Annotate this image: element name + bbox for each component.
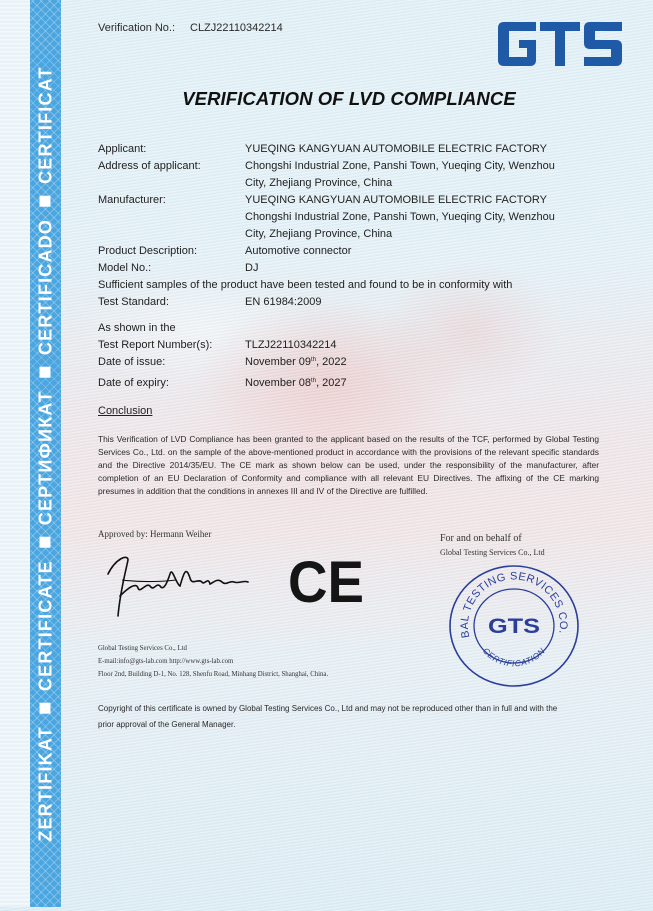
square-icon [39, 537, 50, 548]
field-value: November 08th, 2027 [245, 375, 585, 392]
on-behalf-of: For and on behalf of Global Testing Serv… [440, 532, 545, 559]
date-month-day: November 08 [245, 377, 311, 389]
field-label: Date of issue: [98, 354, 245, 371]
square-icon [39, 195, 50, 206]
as-shown-text: As shown in the [98, 320, 598, 337]
document-title: VERIFICATION OF LVD COMPLIANCE [0, 88, 653, 110]
date-year: , 2027 [316, 377, 347, 389]
left-margin [0, 0, 30, 907]
svg-text:CE: CE [288, 556, 364, 608]
field-label: Manufacturer: [98, 192, 245, 243]
address-line: Chongshi Industrial Zone, Panshi Town, Y… [245, 158, 585, 175]
approved-by: Approved by: Hermann Weiher [98, 529, 211, 539]
strip-word: СЕРТИФИКАТ [35, 390, 55, 525]
field-manufacturer: Manufacturer: YUEQING KANGYUAN AUTOMOBIL… [98, 192, 598, 243]
address-line: City, Zhejiang Province, China [245, 226, 585, 243]
behalf-line: For and on behalf of [440, 532, 545, 546]
border-strip: ZERTIFIKATCERTIFICATEСЕРТИФИКАТCERTIFICA… [30, 0, 61, 907]
signature [98, 552, 268, 622]
company-address: Floor 2nd, Building D-1, No. 128, Shenfu… [98, 668, 328, 681]
field-value: EN 61984:2009 [245, 294, 585, 311]
copyright-notice: Copyright of this certificate is owned b… [98, 701, 608, 733]
date-year: , 2022 [316, 356, 347, 368]
conclusion-heading: Conclusion [98, 405, 152, 417]
field-label: Model No.: [98, 260, 245, 277]
field-product-description: Product Description: Automotive connecto… [98, 243, 598, 260]
verification-label: Verification No.: [98, 22, 190, 34]
gts-logo [498, 22, 622, 66]
field-label: Applicant: [98, 141, 245, 158]
field-value: YUEQING KANGYUAN AUTOMOBILE ELECTRIC FAC… [245, 141, 585, 158]
ce-mark: CE [288, 556, 366, 608]
strip-word: CERTIFICAT [35, 66, 55, 184]
strip-word: ZERTIFIKAT [35, 726, 55, 842]
field-test-standard: Test Standard: EN 61984:2009 [98, 294, 598, 311]
square-icon [39, 703, 50, 714]
strip-word: CERTIFICADO [35, 218, 55, 354]
field-applicant: Applicant: YUEQING KANGYUAN AUTOMOBILE E… [98, 141, 598, 158]
field-applicant-address: Address of applicant: Chongshi Industria… [98, 158, 598, 192]
copyright-line: Copyright of this certificate is owned b… [98, 701, 608, 717]
copyright-line: prior approval of the General Manager. [98, 717, 608, 733]
company-name: Global Testing Services Co., Ltd [98, 642, 328, 655]
address-line: Chongshi Industrial Zone, Panshi Town, Y… [245, 209, 585, 226]
field-value: Chongshi Industrial Zone, Panshi Town, Y… [245, 158, 585, 192]
conformity-statement: Sufficient samples of the product have b… [98, 277, 598, 294]
company-contact: E-mail:info@gts-lab.com http://www.gts-l… [98, 655, 328, 668]
strip-word: CERTIFICATE [35, 560, 55, 691]
field-label: Address of applicant: [98, 158, 245, 192]
field-test-report: Test Report Number(s): TLZJ22110342214 [98, 337, 598, 354]
field-label: Date of expiry: [98, 375, 245, 392]
behalf-company: Global Testing Services Co., Ltd [440, 546, 545, 559]
field-date-of-issue: Date of issue: November 09th, 2022 [98, 354, 598, 371]
field-label: Test Standard: [98, 294, 245, 311]
verification-number-line: Verification No.:CLZJ22110342214 [98, 22, 283, 34]
field-label: Product Description: [98, 243, 245, 260]
field-model-no: Model No.: DJ [98, 260, 598, 277]
date-month-day: November 09 [245, 356, 311, 368]
field-value: YUEQING KANGYUAN AUTOMOBILE ELECTRIC FAC… [245, 192, 585, 243]
certificate-fields: Applicant: YUEQING KANGYUAN AUTOMOBILE E… [98, 141, 598, 392]
address-line: City, Zhejiang Province, China [245, 175, 585, 192]
square-icon [39, 367, 50, 378]
svg-text:CERTIFICATION: CERTIFICATION [481, 645, 547, 668]
field-value: DJ [245, 260, 585, 277]
manufacturer-name: YUEQING KANGYUAN AUTOMOBILE ELECTRIC FAC… [245, 192, 585, 209]
conclusion-text: This Verification of LVD Compliance has … [98, 433, 599, 498]
verification-number: CLZJ22110342214 [190, 22, 283, 34]
field-label: Test Report Number(s): [98, 337, 245, 354]
field-value: Automotive connector [245, 243, 585, 260]
field-date-of-expiry: Date of expiry: November 08th, 2027 [98, 375, 598, 392]
field-value: November 09th, 2022 [245, 354, 585, 371]
svg-text:GTS: GTS [488, 615, 540, 638]
issuer-company-info: Global Testing Services Co., Ltd E-mail:… [98, 642, 328, 681]
field-value: TLZJ22110342214 [245, 337, 585, 354]
border-strip-text: ZERTIFIKATCERTIFICATEСЕРТИФИКАТCERTIFICA… [30, 66, 61, 841]
company-stamp: GLOBAL TESTING SERVICES CO.,LTD. CERTIFI… [447, 563, 581, 689]
